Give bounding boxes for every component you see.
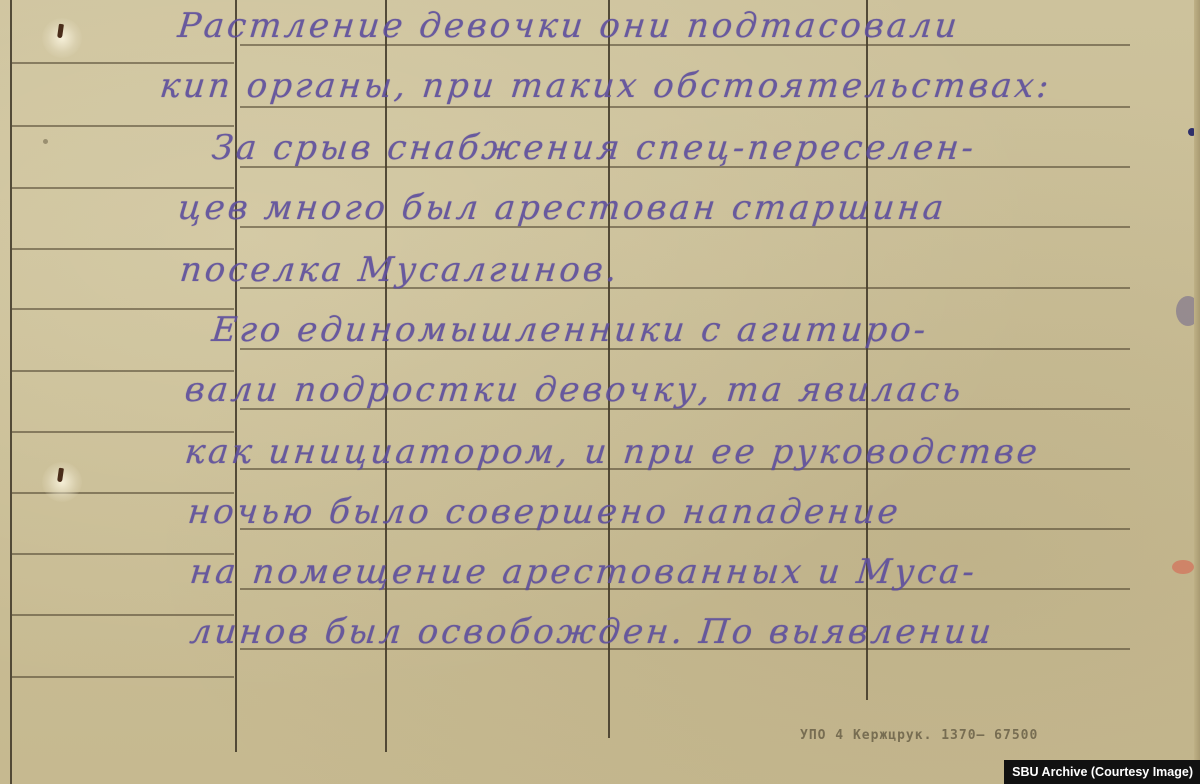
handwritten-line: поселка Мусалгинов.: [178, 250, 622, 290]
handwritten-line: вали подростки девочку, та явилась: [183, 370, 966, 410]
puncture-mark: [57, 468, 64, 483]
margin-rule: [12, 676, 234, 678]
handwritten-line: линов был освобожден. По выявлении: [188, 612, 996, 652]
handwritten-line: на помещение арестованных и Муса-: [188, 552, 979, 592]
handwritten-line: цев много был арестован старшина: [176, 188, 948, 228]
image-credit: SBU Archive (Courtesy Image): [1004, 760, 1200, 784]
page-edge: [1194, 0, 1200, 784]
handwritten-line: За срыв снабжения спец-переселен-: [210, 128, 978, 168]
column-rule-1: [10, 0, 12, 784]
text-rule: [240, 106, 1130, 108]
archival-document-page: Растление девочки они подтасовали кип ор…: [0, 0, 1200, 784]
handwritten-line: как инициатором, и при ее руководстве: [183, 432, 1042, 472]
handwritten-line: ночью было совершено нападение: [186, 492, 903, 532]
red-pencil-mark: [1172, 560, 1194, 574]
ink-spot: [43, 139, 48, 144]
form-print-code: УПО 4 Кержцрук. 1370— 67500: [800, 728, 1038, 743]
handwritten-line: кип органы, при таких обстоятельствах:: [158, 66, 1054, 106]
punch-hole-top: [42, 18, 82, 58]
puncture-mark: [57, 24, 64, 39]
margin-rule: [12, 125, 234, 127]
punch-hole-middle: [42, 462, 82, 502]
handwritten-line: Растление девочки они подтасовали: [176, 6, 962, 46]
margin-rule: [12, 308, 234, 310]
handwritten-line: Его единомышленники с агитиро-: [210, 310, 931, 350]
margin-rule: [12, 62, 234, 64]
